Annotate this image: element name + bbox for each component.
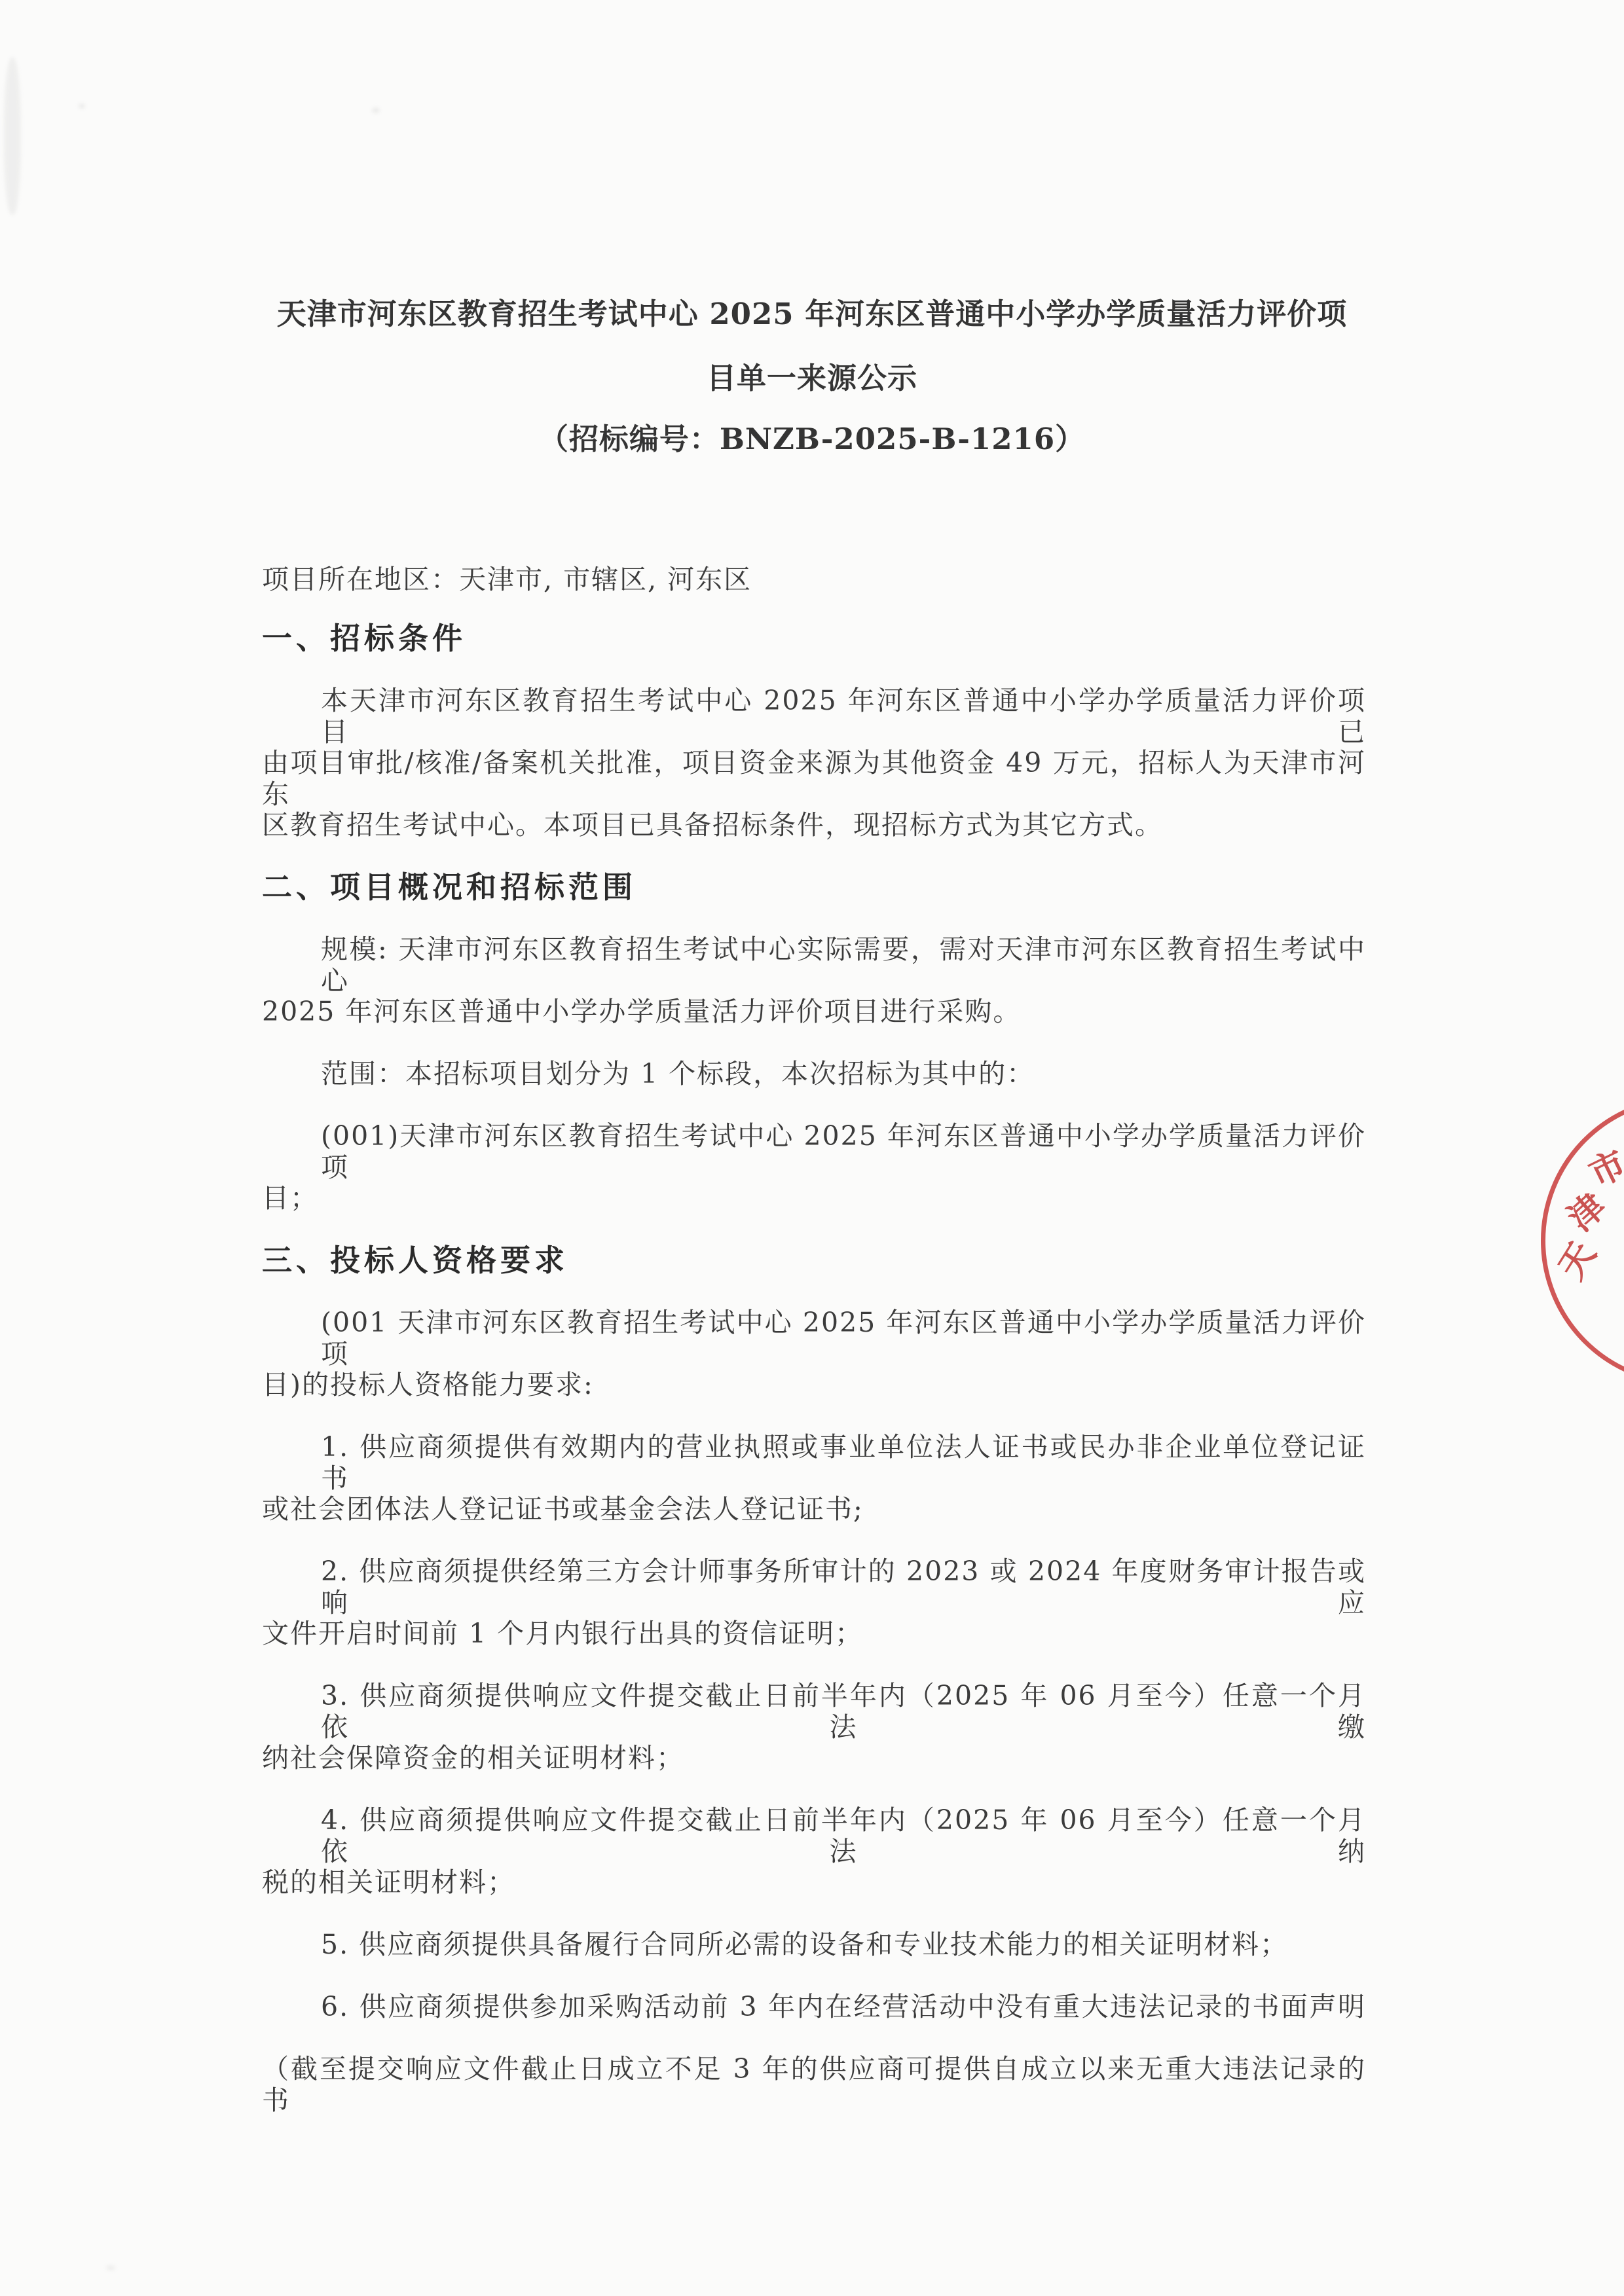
doc-line: 目； <box>262 1182 1366 1214</box>
doc-line: 纳社会保障资金的相关证明材料； <box>262 1742 1366 1774</box>
doc-line: 区教育招生考试中心。本项目已具备招标条件，现招标方式为其它方式。 <box>262 809 1366 841</box>
doc-line: 本天津市河东区教育招生考试中心 2025 年河东区普通中小学办学质量活力评价项目… <box>321 685 1366 748</box>
document-title-line-1: 天津市河东区教育招生考试中心 2025 年河东区普通中小学办学质量活力评价项 <box>0 297 1624 331</box>
doc-line: 税的相关证明材料； <box>262 1867 1366 1898</box>
qualification-item-2: 2. 供应商须提供经第三方会计师事务所审计的 2023 或 2024 年度财务审… <box>321 1556 1366 1619</box>
section-heading-3: 三、投标人资格要求 <box>262 1243 1366 1278</box>
doc-line: （截至提交响应文件截止日成立不足 3 年的供应商可提供自成立以来无重大违法记录的… <box>262 2053 1366 2117</box>
qualification-item-1: 1. 供应商须提供有效期内的营业执照或事业单位法人证书或民办非企业单位登记证书 <box>321 1431 1366 1495</box>
doc-line: 2025 年河东区普通中小学办学质量活力评价项目进行采购。 <box>262 996 1366 1027</box>
doc-line: (001)天津市河东区教育招生考试中心 2025 年河东区普通中小学办学质量活力… <box>321 1120 1366 1184</box>
qualification-item-5: 5. 供应商须提供具备履行合同所必需的设备和专业技术能力的相关证明材料； <box>321 1929 1366 1960</box>
doc-line: 范围：本招标项目划分为 1 个标段，本次招标为其中的： <box>321 1058 1366 1089</box>
scan-artifact <box>106 2265 115 2270</box>
project-location-line: 项目所在地区：天津市, 市辖区, 河东区 <box>262 564 1366 595</box>
section-heading-1: 一、招标条件 <box>262 621 1366 656</box>
doc-line: 文件开启时间前 1 个月内银行出具的资信证明； <box>262 1618 1366 1649</box>
doc-line: 规模: 天津市河东区教育招生考试中心实际需要，需对天津市河东区教育招生考试中心 <box>321 934 1366 997</box>
doc-line: 由项目审批/核准/备案机关批准，项目资金来源为其他资金 49 万元，招标人为天津… <box>262 747 1366 811</box>
qualification-item-4: 4. 供应商须提供响应文件提交截止日前半年内（2025 年 06 月至今）任意一… <box>321 1804 1366 1868</box>
section-heading-2: 二、项目概况和招标范围 <box>262 869 1366 905</box>
document-title-line-2: 目单一来源公示 <box>0 361 1624 395</box>
doc-line: 目)的投标人资格能力要求: <box>262 1369 1366 1400</box>
tender-number-line: （招标编号：BNZB-2025-B-1216） <box>0 422 1624 456</box>
scanned-document-page: 天津市河东区教育招生考试中心 2025 年河东区普通中小学办学质量活力评价项 目… <box>0 0 1624 2296</box>
qualification-item-3: 3. 供应商须提供响应文件提交截止日前半年内（2025 年 06 月至今）任意一… <box>321 1680 1366 1743</box>
scan-artifact <box>79 103 85 109</box>
doc-line: (001 天津市河东区教育招生考试中心 2025 年河东区普通中小学办学质量活力… <box>321 1307 1366 1370</box>
scan-artifact <box>372 107 380 113</box>
doc-line: 或社会团体法人登记证书或基金会法人登记证书; <box>262 1493 1366 1525</box>
qualification-item-6: 6. 供应商须提供参加采购活动前 3 年内在经营活动中没有重大违法记录的书面声明 <box>321 1991 1366 2022</box>
scan-artifact <box>4 58 21 215</box>
seal-ring-icon <box>1541 1096 1624 1385</box>
